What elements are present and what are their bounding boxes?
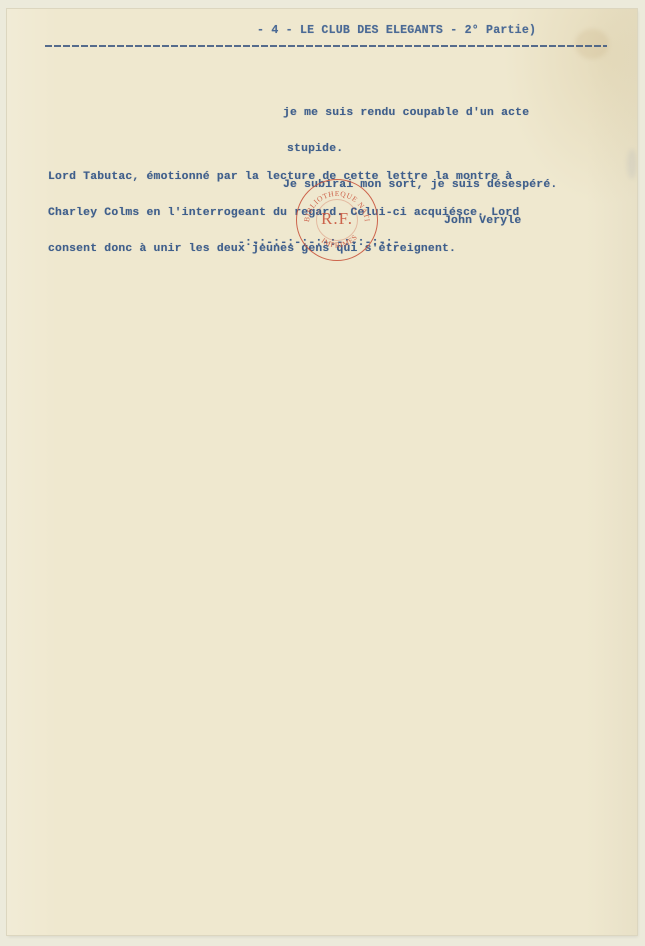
paper-stain	[627, 149, 637, 179]
paragraph-line: Charley Colms en l'interrogeant du regar…	[48, 207, 519, 219]
letter-line: je me suis rendu coupable d'un acte	[283, 107, 557, 119]
header-rule	[45, 45, 607, 47]
document-page: - 4 - LE CLUB DES ELEGANTS - 2° Partie) …	[7, 9, 637, 935]
page-header: - 4 - LE CLUB DES ELEGANTS - 2° Partie)	[257, 25, 536, 37]
narrative-paragraph: Lord Tabutac, émotionné par la lecture d…	[48, 147, 519, 279]
paragraph-line: Lord Tabutac, émotionné par la lecture d…	[48, 171, 519, 183]
library-stamp: BIBLIOTHEQUE NATIONALE IMPRIMES R.F.	[296, 179, 378, 261]
paper-stain	[575, 29, 609, 59]
stamp-center-text: R.F.	[297, 209, 377, 229]
